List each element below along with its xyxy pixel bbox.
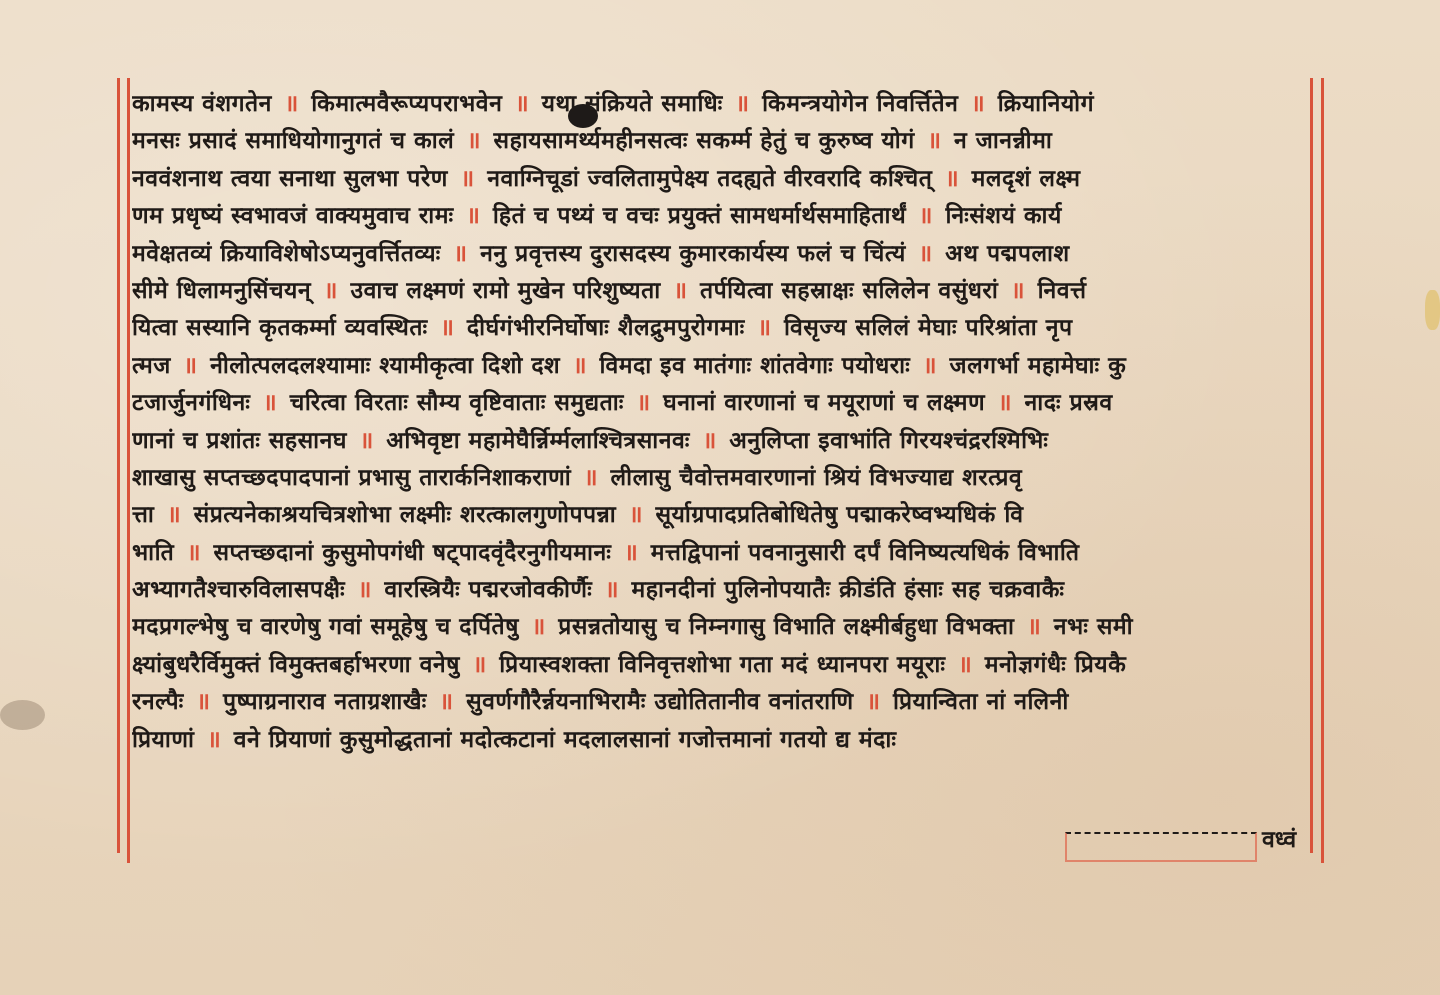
text-line-15: मदप्रगल्भेषु च वारणेषु गवां समूहेषु च दर… (132, 609, 1310, 646)
text-line-13: भाति ॥ सप्तच्छदानां कुसुमोपगंधी षट्पादवृ… (132, 535, 1310, 572)
left-margin-rule-outer (117, 78, 120, 853)
text-line-11: शाखासु सप्तच्छदपादपानां प्रभासु तारार्कन… (132, 460, 1310, 497)
text-line-7: यित्वा सस्यानि कृतकर्म्मा व्यवस्थितः ॥ द… (132, 310, 1310, 347)
text-line-2: मनसः प्रसादं समाधियोगानुगतं च कालं ॥ सहा… (132, 123, 1310, 160)
manuscript-text-block: कामस्य वंशगतेन ॥ किमात्मवैरूप्यपराभवेन ॥… (132, 86, 1310, 759)
paper-stain (0, 700, 45, 730)
text-line-4: णम प्रधृष्यं स्वभावजं वाक्यमुवाच रामः ॥ … (132, 198, 1310, 235)
right-margin-rule-inner (1310, 78, 1313, 853)
text-line-8: त्मज ॥ नीलोत्पलदलश्यामाः श्यामीकृत्वा दि… (132, 348, 1310, 385)
trailing-word: वध्वं (1262, 822, 1296, 854)
text-line-5: मवेक्षतव्यं क्रियाविशेषोऽप्यनुवर्त्तितव्… (132, 236, 1310, 273)
text-line-17: रनल्पैः ॥ पुष्पाग्रनाराव नताग्रशाखैः ॥ स… (132, 684, 1310, 721)
text-line-12: त्ता ॥ संप्रत्यनेकाश्रयचित्रशोभा लक्ष्मी… (132, 497, 1310, 534)
text-line-6: सीमे धिलामनुसिंचयन् ॥ उवाच लक्ष्मणं रामो… (132, 273, 1310, 310)
text-line-18: प्रियाणां ॥ वने प्रियाणां कुसुमोद्धतानां… (132, 722, 1310, 759)
text-line-1: कामस्य वंशगतेन ॥ किमात्मवैरूप्यपराभवेन ॥… (132, 86, 1310, 123)
right-margin-rule-outer (1321, 78, 1324, 863)
text-line-3: नववंशनाथ त्वया सनाथा सुलभा परेण ॥ नवाग्न… (132, 161, 1310, 198)
manuscript-folio: कामस्य वंशगतेन ॥ किमात्मवैरूप्यपराभवेन ॥… (0, 0, 1440, 995)
text-line-16: क्ष्यांबुधरैर्विमुक्तं विमुक्तबर्हाभरणा … (132, 647, 1310, 684)
text-line-14: अभ्यागतैश्चारुविलासपक्षैः ॥ वारस्त्रियैः… (132, 572, 1310, 609)
paper-stain-yellow (1425, 290, 1440, 330)
text-line-10: णानां च प्रशांतः सहसानघ ॥ अभिवृष्टा महाम… (132, 423, 1310, 460)
text-line-9: टजार्जुनगंधिनः ॥ चरित्वा विरताः सौम्य वृ… (132, 385, 1310, 422)
lacuna-box (1065, 832, 1257, 862)
left-margin-rule-inner (127, 78, 130, 863)
